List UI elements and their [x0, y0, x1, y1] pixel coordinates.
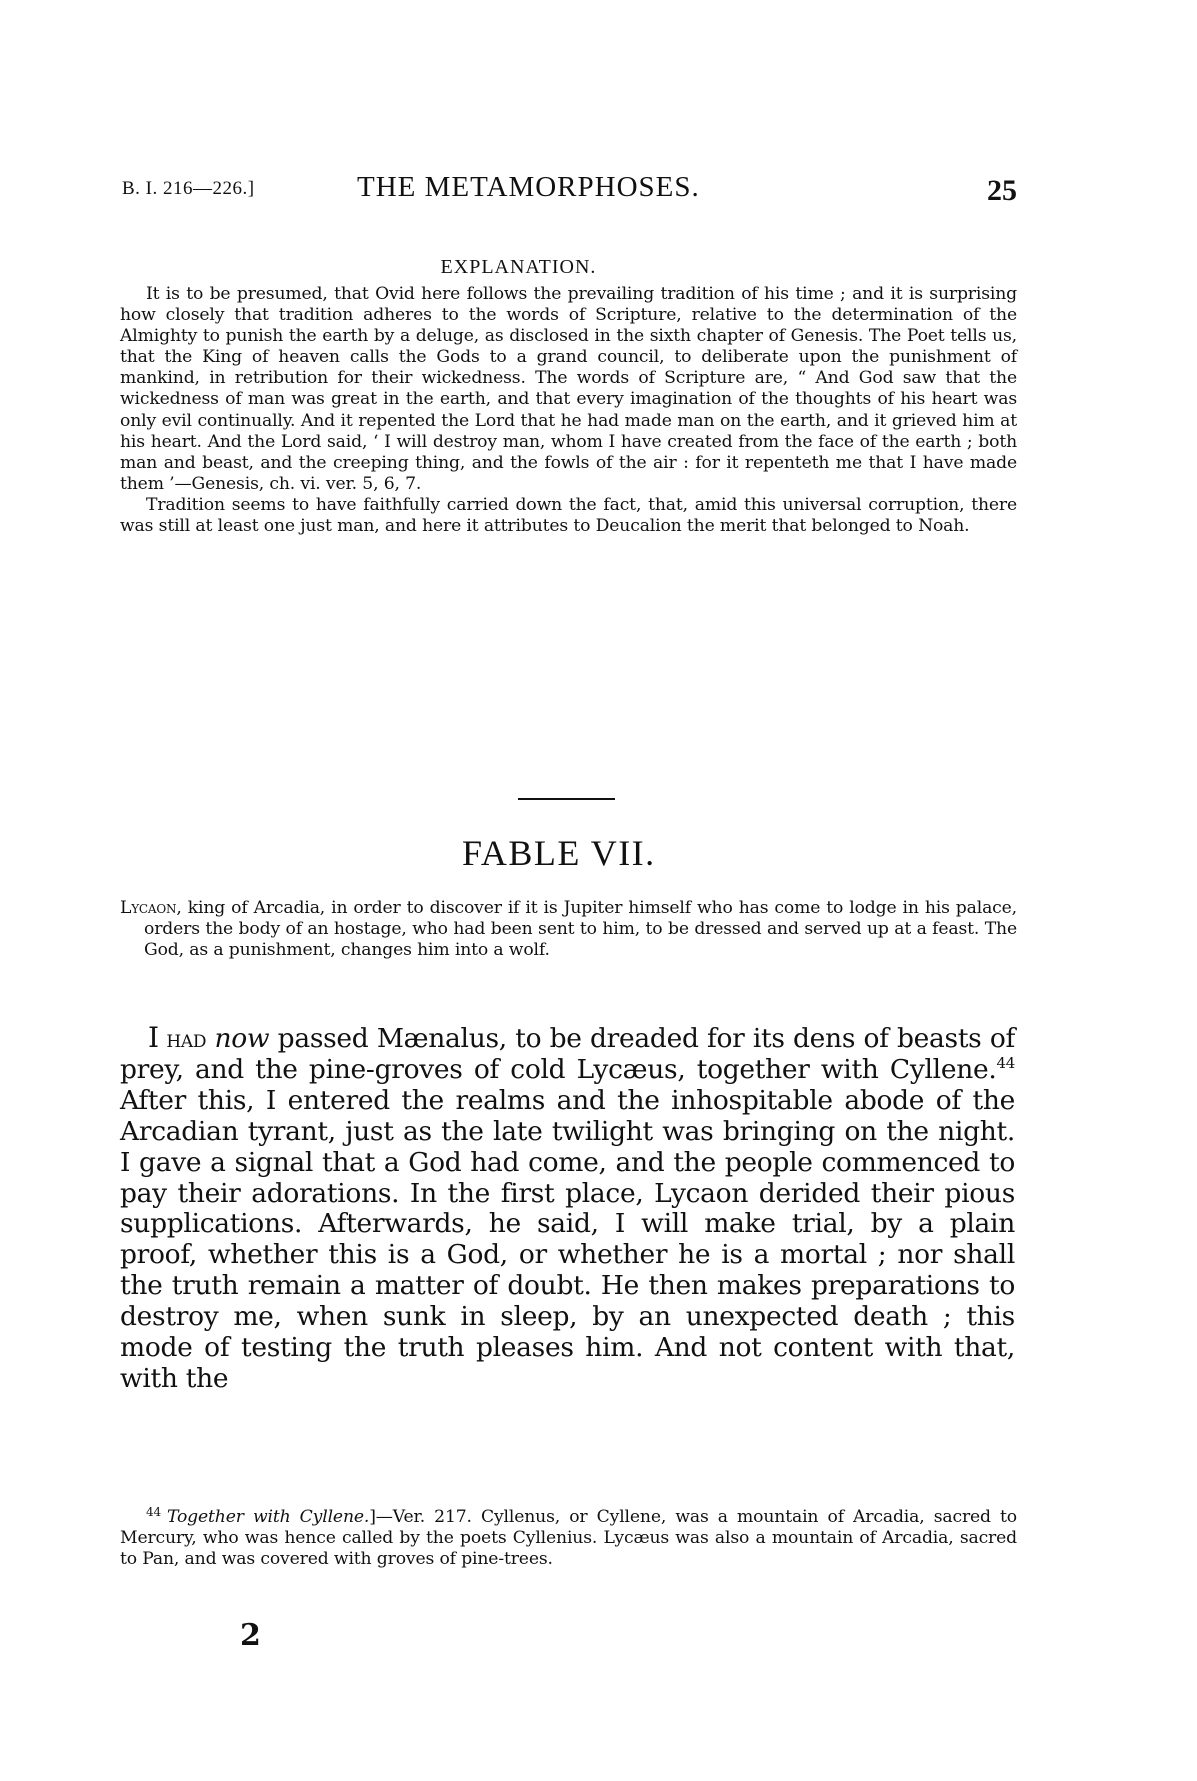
explanation-paragraph: Tradition seems to have faithfully carri…	[120, 495, 1017, 537]
narrative-text-part-2: After this, I entered the realms and the…	[120, 1085, 1015, 1394]
argument-subject-name: Lycaon	[120, 898, 176, 918]
footnote-lemma: Together with Cyllene.	[167, 1507, 369, 1527]
footnote-number: 44	[146, 1505, 161, 1519]
fable-heading: FABLE VII.	[462, 832, 656, 874]
footnote-paragraph: 44Together with Cyllene.]—Ver. 217. Cyll…	[120, 1507, 1017, 1570]
running-title: THE METAMORPHOSES.	[357, 171, 700, 204]
opening-letter: I	[148, 1021, 159, 1054]
section-divider-rule	[518, 798, 615, 800]
footnote-reference-44[interactable]: 44	[997, 1054, 1016, 1072]
book-line-reference: B. I. 216—226.]	[122, 178, 255, 200]
narrative-paragraph: I had now passed Mænalus, to be dreaded …	[120, 1023, 1015, 1395]
running-head: B. I. 216—226.] THE METAMORPHOSES. 25	[122, 170, 1017, 210]
book-page: B. I. 216—226.] THE METAMORPHOSES. 25 EX…	[0, 0, 1197, 1781]
footnote: 44Together with Cyllene.]—Ver. 217. Cyll…	[120, 1507, 1017, 1570]
narrative-text: I had now passed Mænalus, to be dreaded …	[120, 1023, 1015, 1395]
opening-small-caps: had	[159, 1025, 206, 1053]
argument-text: , king of Arcadia, in order to discover …	[144, 898, 1017, 960]
argument-paragraph: Lycaon, king of Arcadia, in order to dis…	[120, 898, 1017, 961]
page-number: 25	[987, 174, 1017, 208]
explanation-paragraph: It is to be presumed, that Ovid here fol…	[120, 284, 1017, 495]
explanation-heading: EXPLANATION.	[0, 256, 1112, 279]
explanation-text: It is to be presumed, that Ovid here fol…	[120, 284, 1017, 537]
fable-argument: Lycaon, king of Arcadia, in order to dis…	[120, 898, 1017, 961]
signature-mark: 2	[240, 1618, 261, 1653]
opening-italic-word: now	[206, 1023, 269, 1054]
